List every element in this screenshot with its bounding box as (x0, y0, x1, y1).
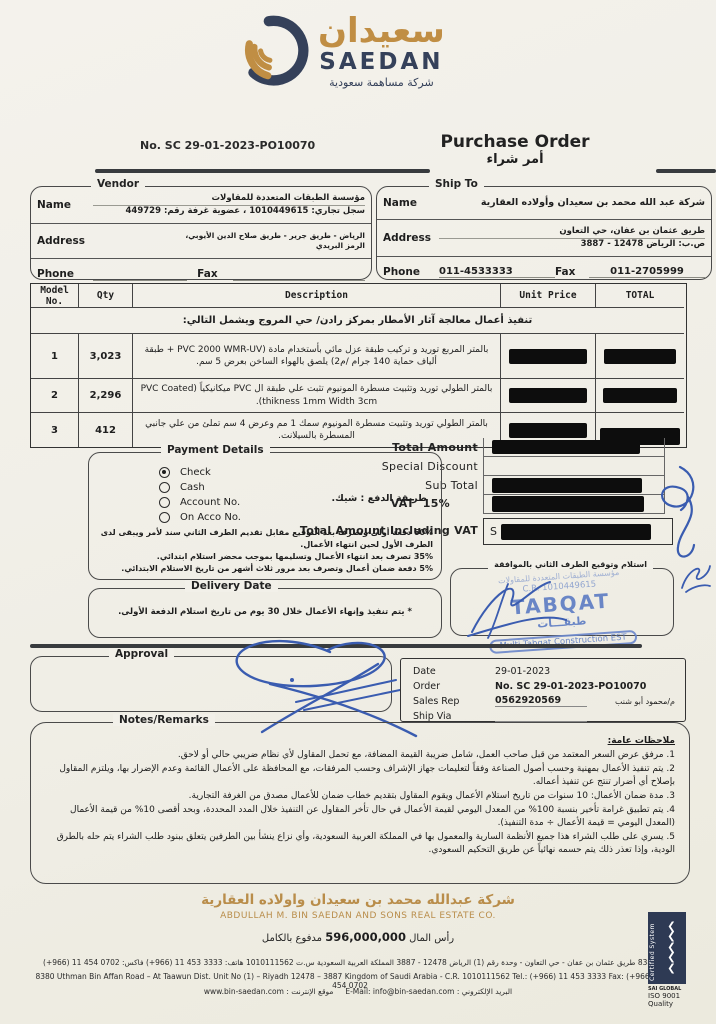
col-header-model: Model No. (31, 284, 79, 308)
note-item-1: 1. مرفق عرض السعر المعتمد من قبل صاحب ال… (45, 749, 675, 762)
footer-capital: رأس المال 596,000,000 مدفوع بالكامل (0, 930, 716, 944)
redaction-bar (501, 524, 651, 540)
vendor-address-line2: الرمز البريدي (93, 241, 365, 251)
vendor-address-label: Address (37, 235, 93, 247)
notes-heading: ملاحظات عامة: (45, 735, 675, 748)
payment-details-section: Payment Details Check Cash Account No. O… (88, 452, 442, 580)
radio-on-acco-no (159, 512, 170, 523)
footer-email: E-Mail: info@bin-saedan.com (345, 987, 454, 996)
footer-capital-number: 596,000,000 (325, 930, 406, 944)
logo-subtitle: شركة مساهمة سعودية (329, 76, 434, 89)
row2-description: بالمتر الطولي توريد وتثبيت مسطرة المونيو… (133, 379, 501, 413)
delivery-section-title: Delivery Date (185, 580, 278, 592)
ship-to-fax-label: Fax (555, 266, 589, 278)
payment-section-title: Payment Details (161, 444, 270, 456)
col-header-unit-price: Unit Price (501, 284, 596, 308)
ship-to-address-label: Address (383, 232, 439, 244)
vendor-fax-label: Fax (197, 268, 233, 280)
payment-term-3: 5% دفعة ضمان أعمال وتصرف بعد مرور ثلاث أ… (97, 563, 433, 575)
payment-term-1: 60% دفعة أولى وتصرف بعد التوقيع مقابل تق… (97, 527, 433, 551)
sales-rep-name-ar: م/محمود أبو شنب (615, 697, 675, 706)
redaction-bar (509, 423, 587, 438)
table-intro-row: تنفيذ أعمال معالجة آثار الأمطار بمركز را… (31, 308, 684, 334)
order-value: No. SC 29-01-2023-PO10070 (495, 681, 646, 692)
row2-total (596, 379, 684, 413)
vendor-fax-value (233, 268, 365, 281)
redaction-bar (604, 349, 676, 364)
iso-quality: Quality (648, 1000, 700, 1008)
signature-stamp-area (458, 570, 578, 648)
sub-total-value (484, 476, 664, 495)
redaction-bar (492, 496, 644, 512)
ship-to-phone-value: 011-4533333 (439, 266, 555, 278)
sales-rep-value: 0562920569 (495, 695, 587, 707)
date-value: 29-01-2023 (495, 666, 550, 677)
footer-company-en: ABDULLAH M. BIN SAEDAN AND SONS REAL EST… (0, 911, 716, 921)
row2-unit-price (501, 379, 596, 413)
totals-value-column (483, 438, 665, 514)
saedan-logo-icon (238, 14, 312, 92)
row3-qty: 412 (79, 413, 133, 447)
iso-vertical-text: Certified System (648, 912, 657, 984)
ship-to-name-label: Name (383, 197, 439, 209)
footer-website-label: : موقع الإنترنت (286, 987, 333, 996)
row1-total (596, 334, 684, 379)
ship-to-phone-label: Phone (383, 266, 439, 278)
notes-section-title: Notes/Remarks (113, 714, 215, 726)
logo-name-english: SAEDAN (319, 50, 443, 74)
ship-via-label: Ship Via (413, 711, 495, 722)
special-discount-value (484, 457, 664, 476)
currency-prefix: S (490, 525, 497, 538)
redaction-bar (492, 478, 642, 493)
logo-name-arabic: سعيدان (318, 14, 445, 50)
vendor-name-line2: سجل تجاري: 1010449615 ، عضوية غرفة رقم: … (93, 206, 365, 217)
grand-total-box: S (483, 518, 673, 545)
ship-to-fax-value: 011-2705999 (589, 266, 705, 278)
vendor-phone-value (93, 268, 187, 281)
row2-qty: 2,296 (79, 379, 133, 413)
header-divider-left (95, 169, 430, 173)
notes-section: Notes/Remarks ملاحظات عامة: 1. مرفق عرض … (30, 722, 690, 884)
signature-totals (648, 455, 712, 570)
note-item-3: 3. مدة ضمان الأعمال: 10 سنوات من تاريخ ا… (45, 790, 675, 803)
vendor-name-label: Name (37, 199, 93, 211)
payment-option-check: Check (180, 467, 211, 478)
delivery-note: * يتم تنفيذ وإنهاء الأعمال خلال 30 يوم م… (99, 607, 431, 617)
row2-model: 2 (31, 379, 79, 413)
col-header-description: Description (133, 284, 501, 308)
footer-email-label: : البريد الإلكتروني (457, 987, 512, 996)
radio-check-selected (159, 467, 170, 478)
footer-address-ar: 8380 طريق عثمان بن عفان - حي التعاون - و… (0, 958, 700, 967)
items-table: Model No. Qty Description Unit Price TOT… (30, 283, 687, 448)
footer-contact-line: www.bin-saedan.com : موقع الإنترنت E-Mai… (0, 987, 716, 996)
note-item-2: 2. يتم تنفيذ الأعمال بمهنية وحسب أصول ال… (45, 763, 675, 789)
iso-standard: ISO 9001 (648, 992, 700, 1000)
payment-method-arabic: طريقة الدفع : شيك. (332, 493, 427, 504)
po-number: No. SC 29-01-2023-PO10070 (140, 139, 315, 152)
radio-cash (159, 482, 170, 493)
iso-certification-badge: Certified System ❮❮❮❮❮ SAI GLOBAL ISO 90… (648, 912, 700, 1008)
order-info-box: Date 29-01-2023 Order No. SC 29-01-2023-… (400, 658, 686, 722)
ship-to-address-line2: ص.ب: الرياض 12478 - 3887 (439, 239, 705, 250)
radio-account-no (159, 497, 170, 508)
vat-value (484, 495, 664, 514)
vendor-address-line1: الرياض - طريق جرير - طريق صلاح الدين الأ… (93, 231, 365, 241)
row3-model: 3 (31, 413, 79, 447)
redaction-bar (603, 388, 677, 403)
company-logo: سعيدان SAEDAN شركة مساهمة سعودية (238, 14, 488, 92)
ship-to-address-line1: طريق عثمان بن عفان، حي التعاون (439, 226, 705, 238)
redaction-bar (509, 349, 587, 364)
iso-chevrons-icon: ❮❮❮❮❮ (657, 912, 686, 984)
vendor-section: Vendor Name مؤسسة الطبقات المتعددة للمقا… (30, 186, 372, 280)
ship-to-section: Ship To Name شركة عبد الله محمد بن سعيدا… (376, 186, 712, 280)
row1-qty: 3,023 (79, 334, 133, 379)
sales-rep-label: Sales Rep (413, 696, 495, 707)
document-title-en: Purchase Order (420, 132, 610, 152)
date-label: Date (413, 666, 495, 677)
ship-to-name-value: شركة عبد الله محمد بن سعيدان وأولاده الع… (439, 197, 705, 210)
note-item-4: 4. يتم تطبيق غرامة تأخير بنسبة 100% من ا… (45, 804, 675, 830)
payment-option-on-acco: On Acco No. (180, 512, 241, 523)
row1-description: بالمتر المربع توريد و تركيب طبقة عزل مائ… (133, 334, 501, 379)
note-item-5: 5. يسري على طلب الشراء هذا جميع الأنظمة … (45, 831, 675, 857)
header-divider-right (656, 169, 716, 173)
ship-to-section-title: Ship To (429, 178, 484, 190)
order-label: Order (413, 681, 495, 692)
vendor-name-line1: مؤسسة الطبقات المتعددة للمقاولات (93, 193, 365, 205)
redaction-bar (509, 388, 587, 403)
footer-website: www.bin-saedan.com (204, 987, 284, 996)
redaction-bar (492, 440, 640, 454)
ship-via-value (495, 710, 587, 722)
vendor-section-title: Vendor (91, 178, 145, 190)
row1-model: 1 (31, 334, 79, 379)
col-header-qty: Qty (79, 284, 133, 308)
approval-section-title: Approval (109, 648, 174, 660)
document-title-ar: أمر شراء (420, 152, 610, 167)
footer-company-ar: شركة عبدالله محمد بن سعيدان واولاده العق… (0, 892, 716, 908)
total-amount-value (484, 438, 664, 457)
purchase-order-document: سعيدان SAEDAN شركة مساهمة سعودية No. SC … (0, 0, 716, 1024)
payment-option-account: Account No. (180, 497, 240, 508)
payment-term-2: 35% تصرف بعد انتهاء الأعمال وتسليمها بمو… (97, 551, 433, 563)
signature-small-right (678, 558, 714, 598)
vendor-phone-label: Phone (37, 268, 93, 280)
col-header-total: TOTAL (596, 284, 684, 308)
row1-unit-price (501, 334, 596, 379)
payment-option-cash: Cash (180, 482, 205, 493)
